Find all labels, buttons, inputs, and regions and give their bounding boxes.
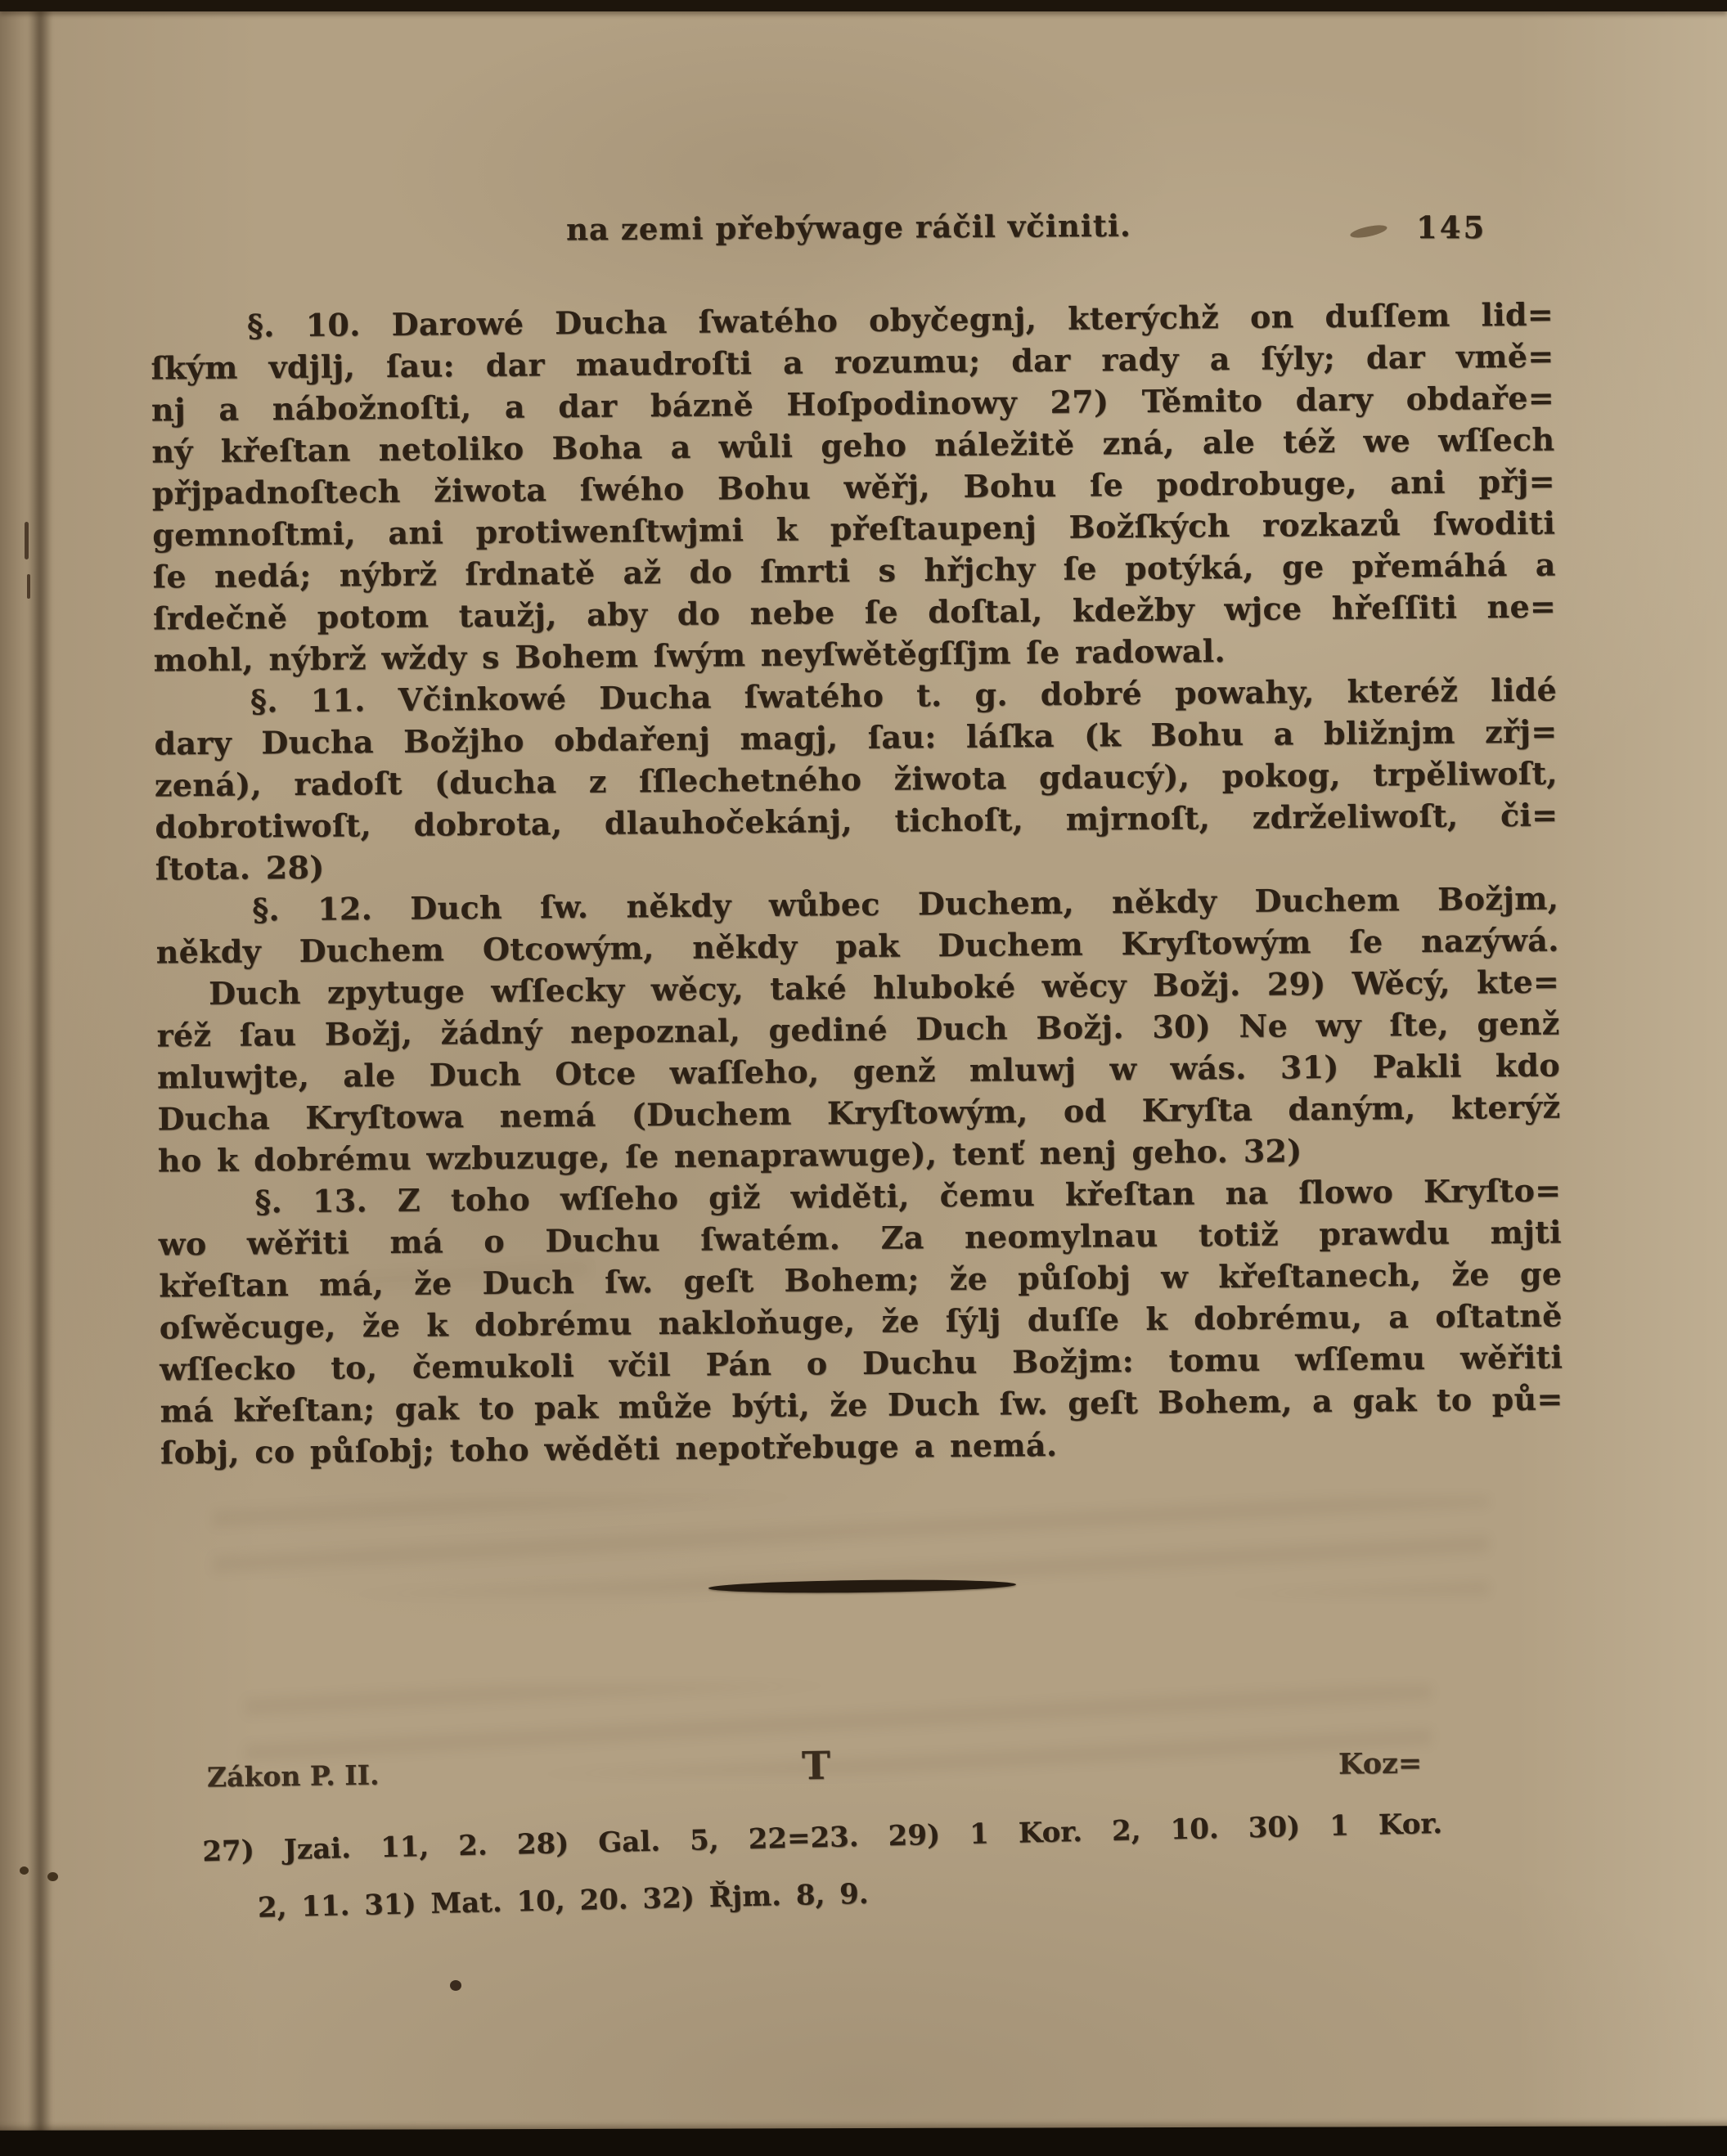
book-page-scan: na zemi přebýwage ráčil včiniti. 145 §. … — [0, 0, 1727, 2156]
page-number: 145 — [1416, 209, 1486, 245]
volume-signature: Zákon P. II. — [207, 1759, 380, 1794]
binding-crease — [28, 0, 52, 2156]
body-text: §. 10. Darowé Ducha ſwatého obyčegnj, kt… — [151, 294, 1563, 1474]
catchword: Koz= — [1338, 1746, 1423, 1781]
ink-speck — [20, 1866, 29, 1875]
scan-edge-top — [0, 0, 1727, 11]
ink-speck — [450, 1980, 461, 1991]
sheet-signature-mark: T — [802, 1744, 831, 1789]
margin-mark — [25, 522, 29, 559]
bleedthrough-text-smudge — [245, 1685, 1432, 1775]
running-header: na zemi přebýwage ráčil včiniti. — [566, 208, 1131, 248]
ink-speck — [47, 1872, 58, 1881]
margin-mark — [27, 574, 30, 599]
scan-edge-bottom — [0, 2126, 1727, 2156]
